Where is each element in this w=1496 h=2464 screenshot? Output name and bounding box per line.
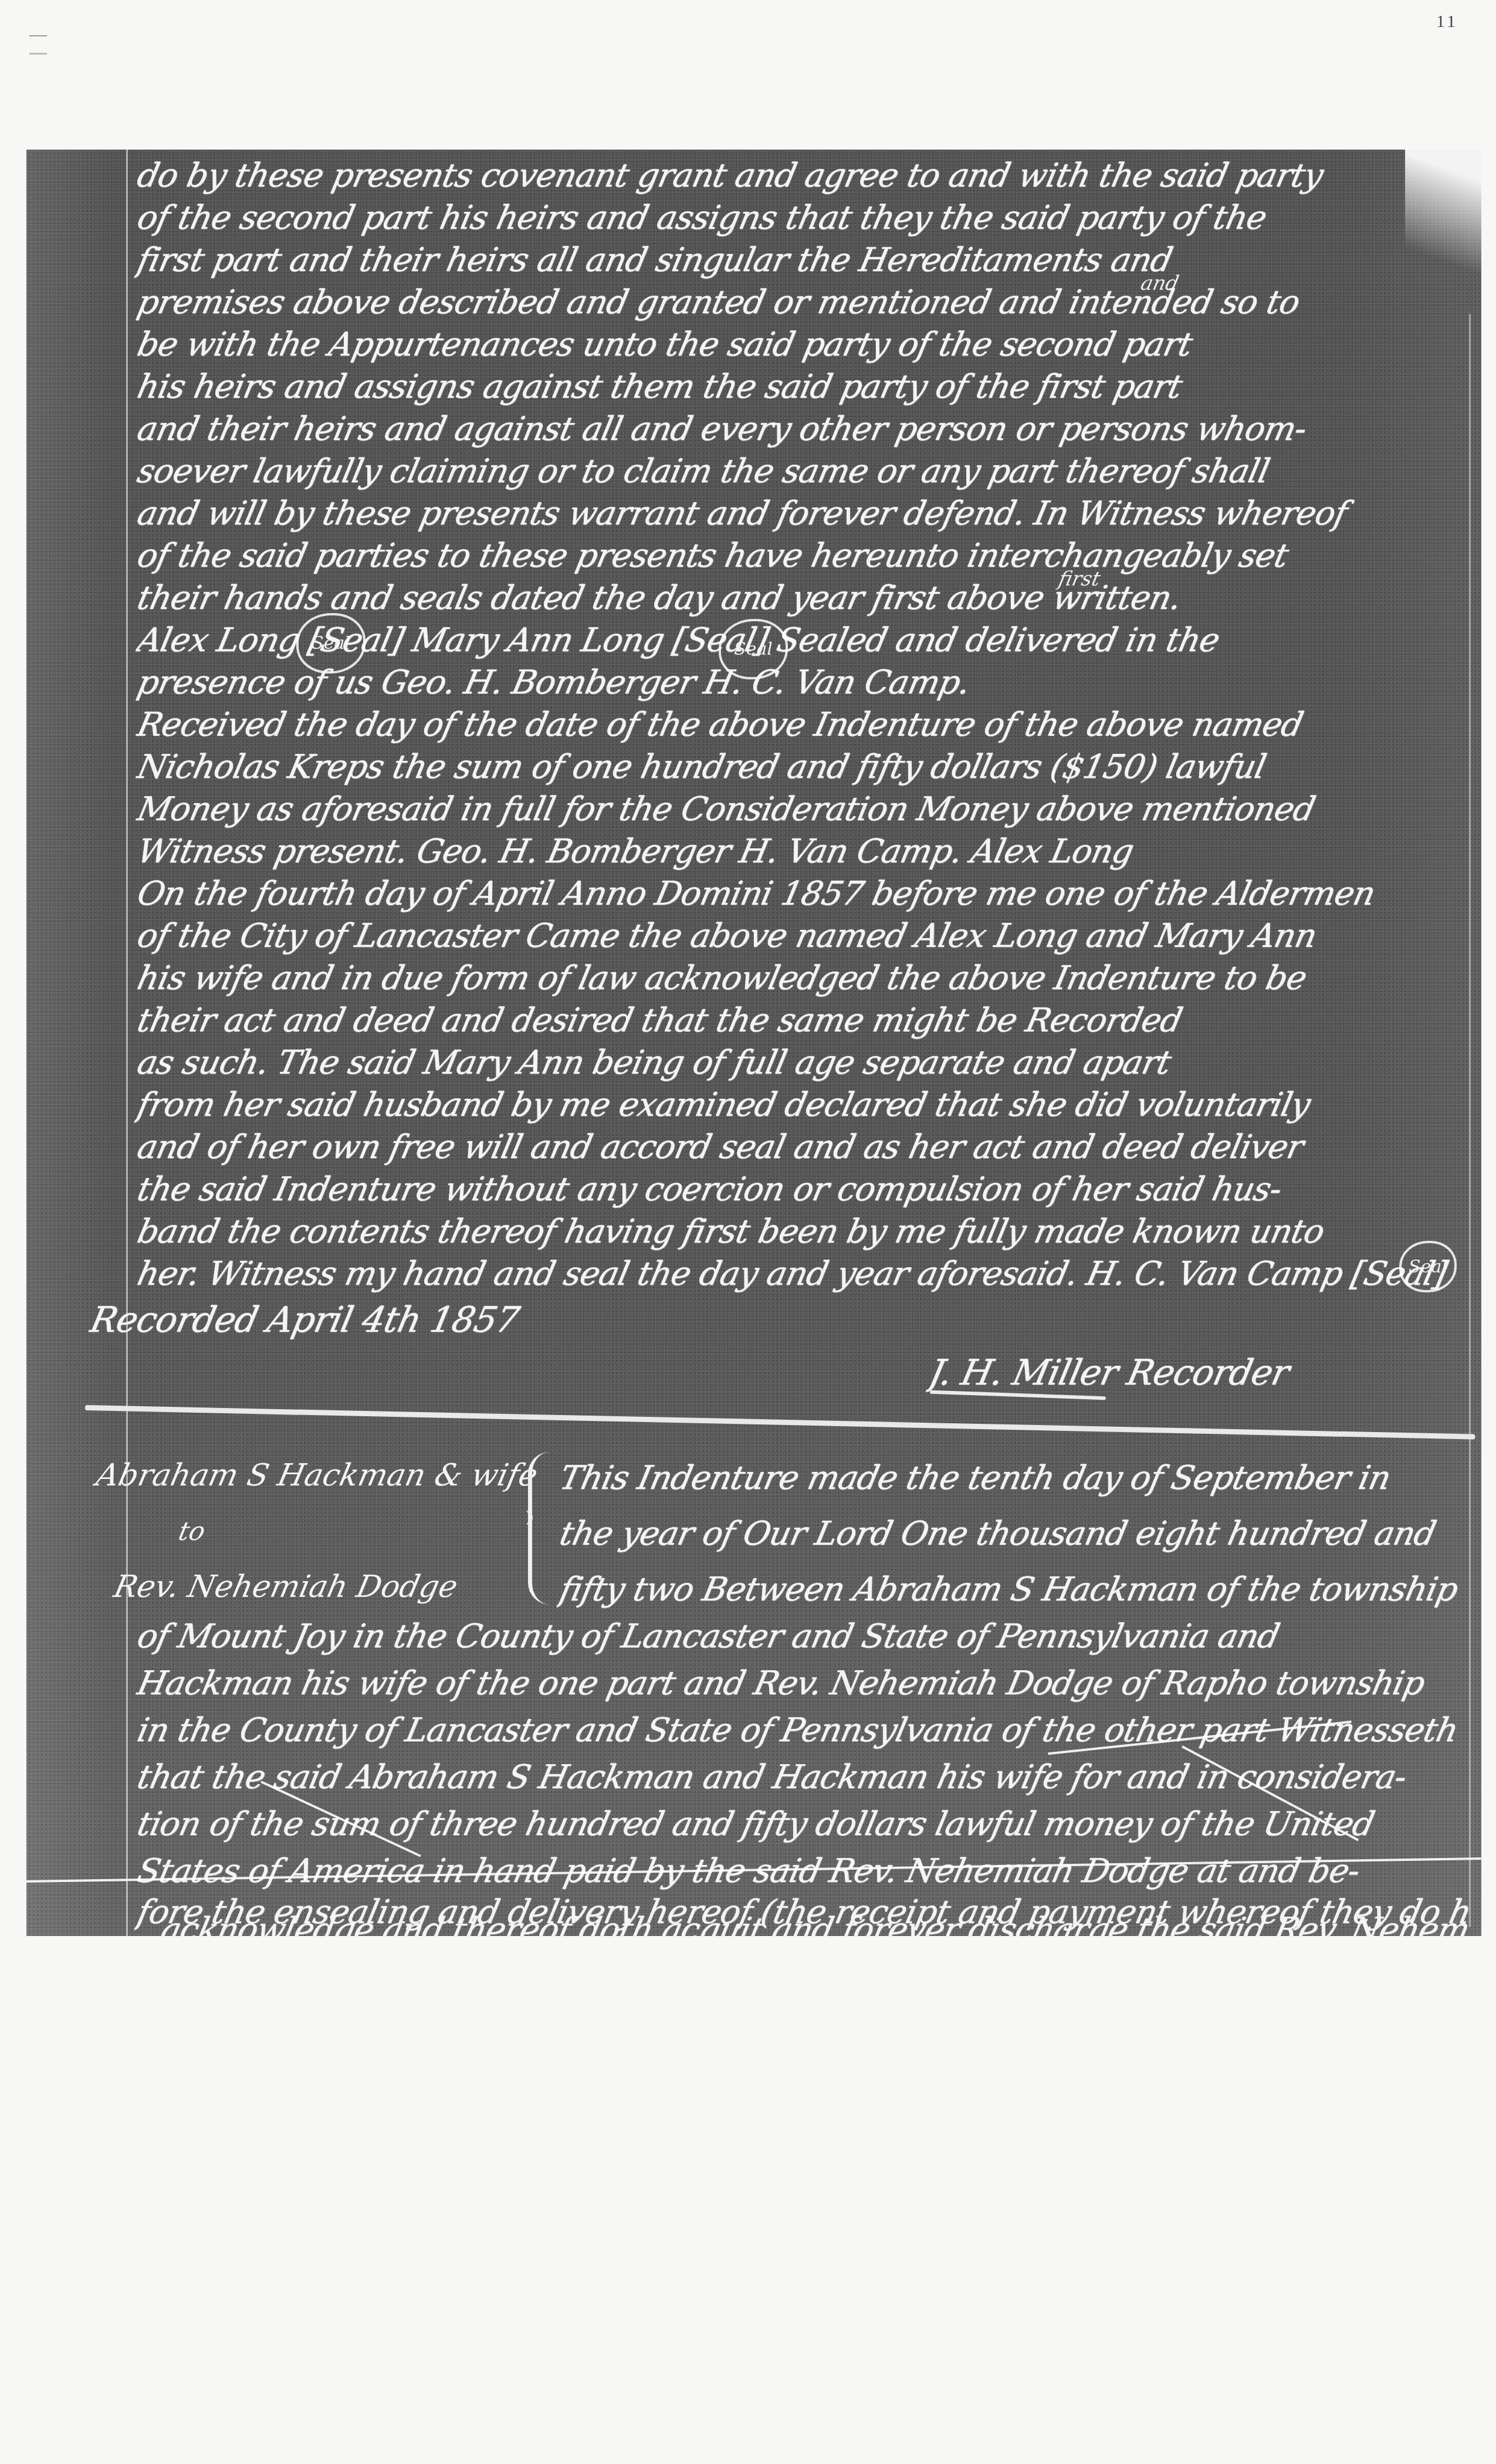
deed-line: fifty two Between Abraham S Hackman of t…: [556, 1569, 1474, 1610]
corner-dash: [29, 35, 47, 36]
acknowledgment-line: band the contents thereof having first b…: [134, 1211, 1474, 1253]
acknowledgment-line: from her said husband by me examined dec…: [134, 1085, 1474, 1126]
deed-line: that the said Abraham S Hackman and Hack…: [134, 1757, 1474, 1798]
deed-line: tion of the sum of three hundred and fif…: [134, 1804, 1474, 1845]
recorder-signature: J. H. Miller Recorder: [926, 1352, 1474, 1393]
deed-line-cropped: acknowledge and thereof doth acquit and …: [157, 1910, 1474, 1936]
deed-line: soever lawfully claiming or to claim the…: [134, 451, 1474, 492]
acknowledgment-line: and of her own free will and accord seal…: [134, 1127, 1474, 1168]
alderman-signature-line: her. Witness my hand and seal the day an…: [134, 1254, 1474, 1295]
entry-divider: [85, 1405, 1475, 1440]
receipt-line: Nicholas Kreps the sum of one hundred an…: [134, 747, 1474, 788]
acknowledgment-line: the said Indenture without any coercion …: [134, 1169, 1474, 1210]
deed-line: This Indenture made the tenth day of Sep…: [556, 1458, 1474, 1499]
acknowledgment-line: of the City of Lancaster Came the above …: [134, 916, 1474, 957]
deed-line: of the said parties to these presents ha…: [134, 536, 1474, 577]
corner-bar: [29, 53, 47, 55]
deed-line: first part and their heirs all and singu…: [134, 240, 1474, 281]
deed-line: the year of Our Lord One thousand eight …: [556, 1514, 1474, 1555]
acknowledgment-line: their act and deed and desired that the …: [134, 1000, 1474, 1041]
acknowledgment-line: his wife and in due form of law acknowle…: [134, 958, 1474, 999]
acknowledgment-line: as such. The said Mary Ann being of full…: [134, 1043, 1474, 1084]
grantor-name: Abraham S Hackman & wife: [93, 1458, 541, 1493]
deed-photostat: do by these presents covenant grant and …: [26, 150, 1481, 1936]
deed-line: States of America in hand paid by the sa…: [134, 1851, 1474, 1892]
deed-line: of Mount Joy in the County of Lancaster …: [134, 1616, 1474, 1657]
deed-line: of the second part his heirs and assigns…: [134, 198, 1474, 239]
acknowledgment-line: On the fourth day of April Anno Domini 1…: [134, 874, 1474, 915]
grantee-name: Rev. Nehemiah Dodge: [111, 1569, 461, 1605]
brace-icon: [528, 1452, 550, 1605]
deed-line: be with the Appurtenances unto the said …: [134, 324, 1474, 365]
deed-witness-line: presence of us Geo. H. Bomberger H. C. V…: [134, 662, 1474, 703]
left-margin-rule: [126, 150, 128, 1936]
page-number: 11: [1436, 12, 1458, 32]
party-connector: to: [176, 1517, 208, 1546]
recorded-date: Recorded April 4th 1857: [87, 1299, 1474, 1341]
corner-scan-mark: [23, 18, 129, 53]
receipt-line: Money as aforesaid in full for the Consi…: [134, 789, 1474, 830]
deed-line: Hackman his wife of the one part and Rev…: [134, 1663, 1474, 1704]
receipt-line: Received the day of the date of the abov…: [134, 705, 1474, 746]
deed-line: do by these presents covenant grant and …: [134, 155, 1474, 197]
deed-line: and their heirs and against all and ever…: [134, 409, 1474, 450]
receipt-witness-line: Witness present. Geo. H. Bomberger H. Va…: [134, 831, 1474, 872]
wax-seal-icon: Seal: [1399, 1241, 1457, 1292]
deed-line: premises above described and granted or …: [134, 282, 1474, 323]
deed-line: his heirs and assigns against them the s…: [134, 367, 1474, 408]
deed-line: and will by these presents warrant and f…: [134, 493, 1474, 534]
